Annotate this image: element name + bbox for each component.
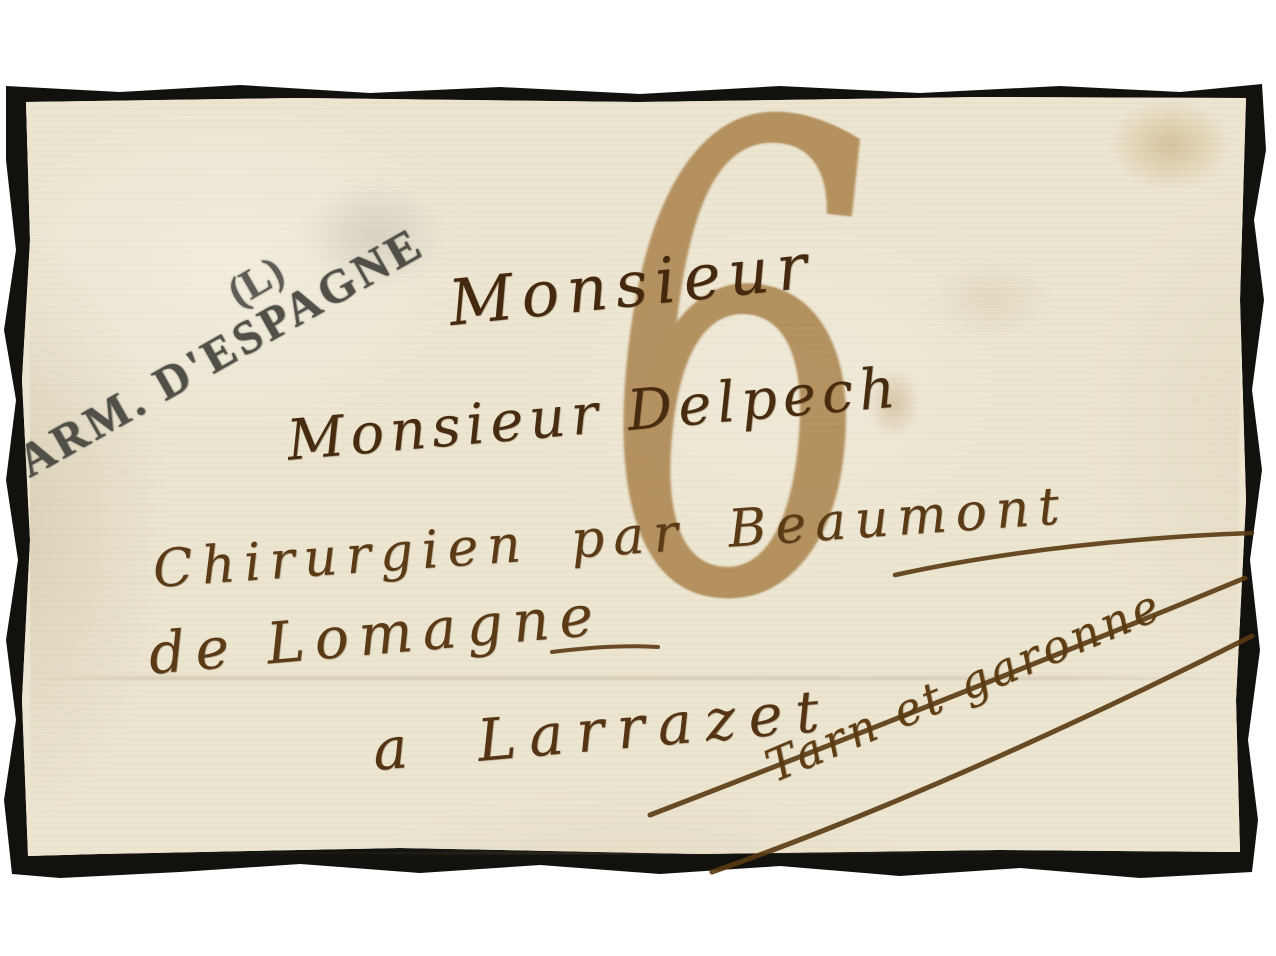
photo-background: 6 (L) ARM. D'ESPAGNE Monsieur Monsieur D… <box>0 0 1276 956</box>
ink-stain-top-right <box>1110 100 1230 190</box>
address-line-de-lomagne: de Lomagne <box>146 582 606 687</box>
faint-smudge <box>930 260 1050 340</box>
